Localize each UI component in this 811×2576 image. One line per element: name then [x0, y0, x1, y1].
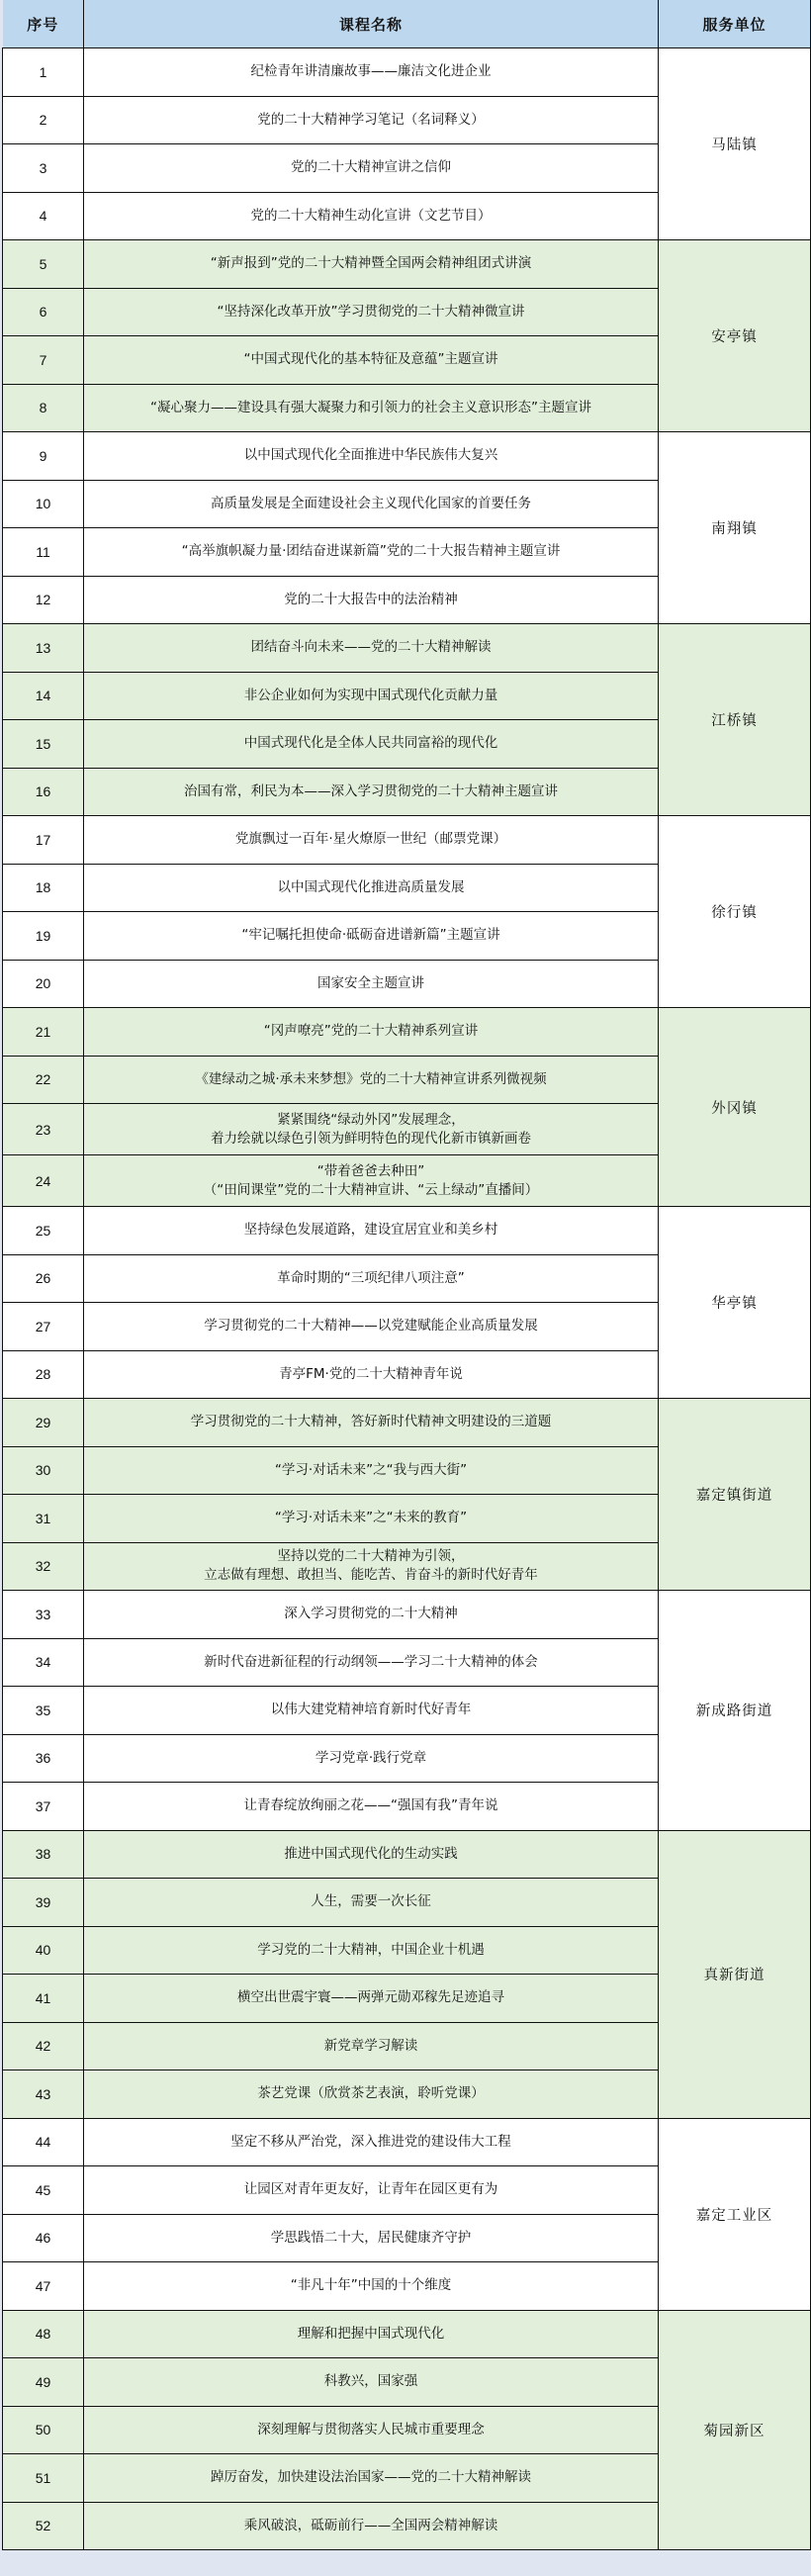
row-number-cell[interactable]: 15 — [3, 720, 84, 769]
row-number-cell[interactable]: 52 — [3, 2502, 84, 2550]
course-name-cell[interactable]: “学习·对话未来”之“未来的教育” — [84, 1495, 659, 1543]
row-number-cell[interactable]: 11 — [3, 528, 84, 577]
course-name-cell[interactable]: 推进中国式现代化的生动实践 — [84, 1830, 659, 1879]
row-number-cell[interactable]: 46 — [3, 2214, 84, 2262]
course-name-cell[interactable]: 深刻理解与贯彻落实人民城市重要理念 — [84, 2406, 659, 2454]
course-name-cell[interactable]: 坚持绿色发展道路，建设宜居宜业和美乡村 — [84, 1207, 659, 1255]
table-row: 17党旗飘过一百年·星火燎原一世纪（邮票党课）徐行镇 — [3, 816, 811, 865]
course-name-cell[interactable]: 踔厉奋发，加快建设法治国家——党的二十大精神解读 — [84, 2454, 659, 2503]
row-number-cell[interactable]: 16 — [3, 768, 84, 816]
course-name-cell[interactable]: 纪检青年讲清廉故事——廉洁文化进企业 — [84, 48, 659, 97]
course-name-cell[interactable]: 青亭FM·党的二十大精神青年说 — [84, 1350, 659, 1399]
service-unit-cell[interactable]: 真新街道 — [659, 1830, 811, 2118]
course-name-cell[interactable]: 让青春绽放绚丽之花——“强国有我”青年说 — [84, 1783, 659, 1831]
course-name-cell[interactable]: 党的二十大报告中的法治精神 — [84, 576, 659, 624]
row-number-cell[interactable]: 12 — [3, 576, 84, 624]
service-unit-cell[interactable]: 马陆镇 — [659, 48, 811, 240]
table-row: 9以中国式现代化全面推进中华民族伟大复兴南翔镇 — [3, 432, 811, 481]
table-row: 38推进中国式现代化的生动实践真新街道 — [3, 1830, 811, 1879]
service-unit-cell[interactable]: 新成路街道 — [659, 1591, 811, 1831]
row-number-cell[interactable]: 44 — [3, 2118, 84, 2166]
course-name-cell[interactable]: “学习·对话未来”之“我与西大街” — [84, 1446, 659, 1495]
row-number-cell[interactable]: 17 — [3, 816, 84, 865]
table-row: 29学习贯彻党的二十大精神，答好新时代精神文明建设的三道题嘉定镇街道 — [3, 1399, 811, 1447]
row-number-cell[interactable]: 7 — [3, 336, 84, 385]
row-number-cell[interactable]: 3 — [3, 144, 84, 193]
row-number-cell[interactable]: 43 — [3, 2070, 84, 2119]
service-unit-cell[interactable]: 南翔镇 — [659, 432, 811, 624]
course-name-cell[interactable]: 革命时期的“三项纪律八项注意” — [84, 1254, 659, 1303]
row-number-cell[interactable]: 38 — [3, 1830, 84, 1879]
row-number-cell[interactable]: 33 — [3, 1591, 84, 1639]
row-number-cell[interactable]: 29 — [3, 1399, 84, 1447]
header-course-name: 课程名称 — [84, 0, 659, 48]
service-unit-cell[interactable]: 徐行镇 — [659, 816, 811, 1008]
row-number-cell[interactable]: 14 — [3, 672, 84, 720]
course-name-cell[interactable]: 党的二十大精神学习笔记（名词释义） — [84, 96, 659, 144]
row-number-cell[interactable]: 10 — [3, 480, 84, 528]
row-number-cell[interactable]: 42 — [3, 2022, 84, 2070]
course-name-cell[interactable]: 党的二十大精神生动化宣讲（文艺节目） — [84, 192, 659, 240]
row-number-cell[interactable]: 25 — [3, 1207, 84, 1255]
service-unit-cell[interactable]: 嘉定镇街道 — [659, 1399, 811, 1591]
row-number-cell[interactable]: 1 — [3, 48, 84, 97]
row-number-cell[interactable]: 20 — [3, 960, 84, 1008]
course-name-cell[interactable]: “中国式现代化的基本特征及意蕴”主题宣讲 — [84, 336, 659, 385]
row-number-cell[interactable]: 2 — [3, 96, 84, 144]
row-number-cell[interactable]: 49 — [3, 2358, 84, 2407]
row-number-cell[interactable]: 40 — [3, 1926, 84, 1975]
course-name-cell[interactable]: 非公企业如何为实现中国式现代化贡献力量 — [84, 672, 659, 720]
course-name-cell[interactable]: 新党章学习解读 — [84, 2022, 659, 2070]
row-number-cell[interactable]: 51 — [3, 2454, 84, 2503]
table-row: 5“新声报到”党的二十大精神暨全国两会精神组团式讲演安亭镇 — [3, 240, 811, 289]
course-name-cell[interactable]: “凝心聚力——建设具有强大凝聚力和引领力的社会主义意识形态”主题宣讲 — [84, 384, 659, 432]
table-body: 1纪检青年讲清廉故事——廉洁文化进企业马陆镇2党的二十大精神学习笔记（名词释义）… — [3, 48, 811, 2550]
course-name-cell[interactable]: 学习贯彻党的二十大精神——以党建赋能企业高质量发展 — [84, 1303, 659, 1351]
row-number-cell[interactable]: 50 — [3, 2406, 84, 2454]
course-name-cell[interactable]: “牢记嘱托担使命·砥砺奋进谱新篇”主题宣讲 — [84, 912, 659, 961]
course-name-cell[interactable]: “非凡十年”中国的十个维度 — [84, 2262, 659, 2311]
course-name-cell[interactable]: 治国有常，利民为本——深入学习贯彻党的二十大精神主题宣讲 — [84, 768, 659, 816]
row-number-cell[interactable]: 32 — [3, 1542, 84, 1591]
course-name-cell[interactable]: “带着爸爸去种田” （“田间课堂”党的二十大精神宣讲、“云上绿动”直播间） — [84, 1155, 659, 1207]
course-name-cell[interactable]: “新声报到”党的二十大精神暨全国两会精神组团式讲演 — [84, 240, 659, 289]
course-name-cell[interactable]: 学习党章·践行党章 — [84, 1734, 659, 1783]
course-table: 序号 课程名称 服务单位 1纪检青年讲清廉故事——廉洁文化进企业马陆镇2党的二十… — [2, 0, 811, 2550]
course-name-cell[interactable]: 国家安全主题宣讲 — [84, 960, 659, 1008]
row-number-cell[interactable]: 21 — [3, 1008, 84, 1057]
row-number-cell[interactable]: 8 — [3, 384, 84, 432]
course-name-cell[interactable]: 茶艺党课（欣赏茶艺表演，聆听党课） — [84, 2070, 659, 2119]
course-name-cell[interactable]: 新时代奋进新征程的行动纲领——学习二十大精神的体会 — [84, 1638, 659, 1687]
row-number-cell[interactable]: 41 — [3, 1975, 84, 2023]
course-name-cell[interactable]: 乘风破浪，砥砺前行——全国两会精神解读 — [84, 2502, 659, 2550]
service-unit-cell[interactable]: 外冈镇 — [659, 1008, 811, 1207]
row-number-cell[interactable]: 34 — [3, 1638, 84, 1687]
course-name-cell[interactable]: 坚持以党的二十大精神为引领， 立志做有理想、敢担当、能吃苦、肯奋斗的新时代好青年 — [84, 1542, 659, 1591]
service-unit-cell[interactable]: 安亭镇 — [659, 240, 811, 432]
course-name-cell[interactable]: 高质量发展是全面建设社会主义现代化国家的首要任务 — [84, 480, 659, 528]
course-name-cell[interactable]: 深入学习贯彻党的二十大精神 — [84, 1591, 659, 1639]
row-number-cell[interactable]: 24 — [3, 1155, 84, 1207]
header-service-unit: 服务单位 — [659, 0, 811, 48]
table-row: 13团结奋斗向未来——党的二十大精神解读江桥镇 — [3, 624, 811, 673]
service-unit-cell[interactable]: 嘉定工业区 — [659, 2118, 811, 2310]
table-row: 25坚持绿色发展道路，建设宜居宜业和美乡村华亭镇 — [3, 1207, 811, 1255]
course-name-cell[interactable]: 人生，需要一次长征 — [84, 1879, 659, 1927]
course-name-cell[interactable]: 以中国式现代化推进高质量发展 — [84, 864, 659, 912]
row-number-cell[interactable]: 30 — [3, 1446, 84, 1495]
table-row: 48理解和把握中国式现代化菊园新区 — [3, 2310, 811, 2358]
header-row: 序号 课程名称 服务单位 — [3, 0, 811, 48]
row-number-cell[interactable]: 47 — [3, 2262, 84, 2311]
row-number-cell[interactable]: 36 — [3, 1734, 84, 1783]
row-number-cell[interactable]: 26 — [3, 1254, 84, 1303]
course-name-cell[interactable]: 学习贯彻党的二十大精神，答好新时代精神文明建设的三道题 — [84, 1399, 659, 1447]
course-name-cell[interactable]: 紧紧围绕“绿动外冈”发展理念， 着力绘就以绿色引领为鲜明特色的现代化新市镇新画卷 — [84, 1104, 659, 1155]
course-name-cell[interactable]: 《建绿动之城·承未来梦想》党的二十大精神宣讲系列微视频 — [84, 1056, 659, 1104]
course-name-cell[interactable]: “高举旗帜凝力量·团结奋进谋新篇”党的二十大报告精神主题宣讲 — [84, 528, 659, 577]
course-name-cell[interactable]: 学思践悟二十大，居民健康齐守护 — [84, 2214, 659, 2262]
table-row: 44坚定不移从严治党，深入推进党的建设伟大工程嘉定工业区 — [3, 2118, 811, 2166]
course-name-cell[interactable]: 学习党的二十大精神，中国企业十机遇 — [84, 1926, 659, 1975]
course-name-cell[interactable]: 理解和把握中国式现代化 — [84, 2310, 659, 2358]
row-number-cell[interactable]: 4 — [3, 192, 84, 240]
course-name-cell[interactable]: 党的二十大精神宣讲之信仰 — [84, 144, 659, 193]
course-name-cell[interactable]: 科教兴，国家强 — [84, 2358, 659, 2407]
row-number-cell[interactable]: 9 — [3, 432, 84, 481]
row-number-cell[interactable]: 35 — [3, 1687, 84, 1735]
row-number-cell[interactable]: 22 — [3, 1056, 84, 1104]
service-unit-cell[interactable]: 华亭镇 — [659, 1207, 811, 1399]
row-number-cell[interactable]: 48 — [3, 2310, 84, 2358]
row-number-cell[interactable]: 13 — [3, 624, 84, 673]
row-number-cell[interactable]: 45 — [3, 2166, 84, 2215]
course-name-cell[interactable]: 以伟大建党精神培育新时代好青年 — [84, 1687, 659, 1735]
course-name-cell[interactable]: “冈声嘹亮”党的二十大精神系列宣讲 — [84, 1008, 659, 1057]
table-row: 21“冈声嘹亮”党的二十大精神系列宣讲外冈镇 — [3, 1008, 811, 1057]
row-number-cell[interactable]: 6 — [3, 288, 84, 336]
course-name-cell[interactable]: 以中国式现代化全面推进中华民族伟大复兴 — [84, 432, 659, 481]
course-name-cell[interactable]: 让园区对青年更友好，让青年在园区更有为 — [84, 2166, 659, 2215]
course-name-cell[interactable]: 中国式现代化是全体人民共同富裕的现代化 — [84, 720, 659, 769]
row-number-cell[interactable]: 31 — [3, 1495, 84, 1543]
course-name-cell[interactable]: 横空出世震宇寰——两弹元勋邓稼先足迹追寻 — [84, 1975, 659, 2023]
row-number-cell[interactable]: 39 — [3, 1879, 84, 1927]
course-name-cell[interactable]: 团结奋斗向未来——党的二十大精神解读 — [84, 624, 659, 673]
row-number-cell[interactable]: 37 — [3, 1783, 84, 1831]
row-number-cell[interactable]: 19 — [3, 912, 84, 961]
course-name-cell[interactable]: 党旗飘过一百年·星火燎原一世纪（邮票党课） — [84, 816, 659, 865]
service-unit-cell[interactable]: 菊园新区 — [659, 2310, 811, 2550]
row-number-cell[interactable]: 5 — [3, 240, 84, 289]
row-number-cell[interactable]: 27 — [3, 1303, 84, 1351]
course-name-cell[interactable]: “坚持深化改革开放”学习贯彻党的二十大精神微宣讲 — [84, 288, 659, 336]
table-row: 1纪检青年讲清廉故事——廉洁文化进企业马陆镇 — [3, 48, 811, 97]
spreadsheet-view: 序号 课程名称 服务单位 1纪检青年讲清廉故事——廉洁文化进企业马陆镇2党的二十… — [0, 0, 811, 2576]
row-number-cell[interactable]: 18 — [3, 864, 84, 912]
service-unit-cell[interactable]: 江桥镇 — [659, 624, 811, 816]
row-number-cell[interactable]: 28 — [3, 1350, 84, 1399]
course-name-cell[interactable]: 坚定不移从严治党，深入推进党的建设伟大工程 — [84, 2118, 659, 2166]
row-number-cell[interactable]: 23 — [3, 1104, 84, 1155]
header-number: 序号 — [3, 0, 84, 48]
table-row: 33深入学习贯彻党的二十大精神新成路街道 — [3, 1591, 811, 1639]
